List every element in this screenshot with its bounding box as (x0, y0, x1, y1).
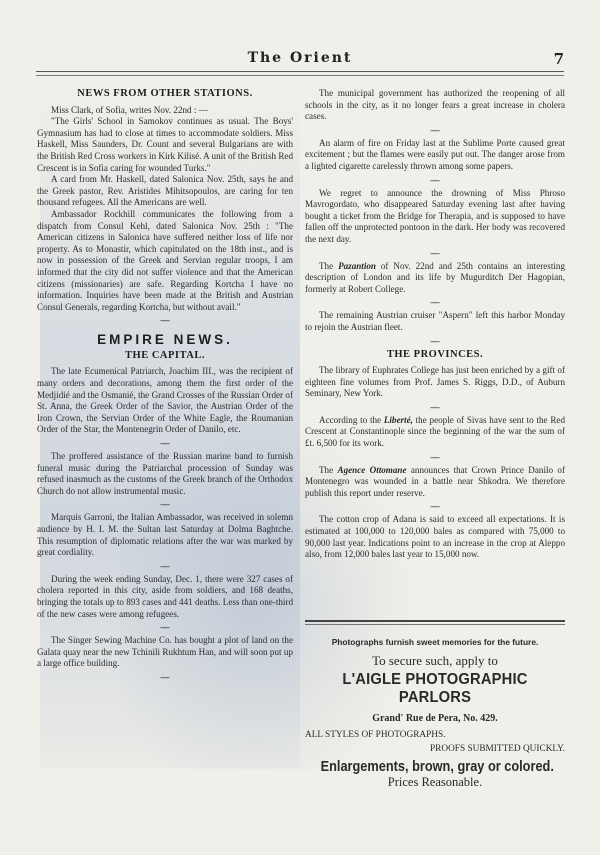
separator: — (305, 337, 565, 345)
separator: — (37, 562, 293, 570)
separator: — (37, 439, 293, 447)
advertisement: Photographs furnish sweet memories for t… (305, 627, 565, 790)
paragraph: An alarm of fire on Friday last at the S… (305, 138, 565, 173)
header-rule (36, 71, 564, 76)
paragraph: The proffered assistance of the Russian … (37, 451, 293, 497)
separator: — (37, 500, 293, 508)
separator: — (305, 403, 565, 411)
text: The (319, 465, 338, 475)
separator: — (305, 249, 565, 257)
paragraph: "The Girls' School in Samokov continues … (37, 116, 293, 174)
paragraph: We regret to announce the drowning of Mi… (305, 188, 565, 246)
paragraph: A card from Mr. Haskell, dated Salonica … (37, 174, 293, 209)
page-number: 7 (554, 50, 564, 68)
ad-tagline: Photographs furnish sweet memories for t… (305, 637, 565, 647)
section-title: NEWS FROM OTHER STATIONS. (37, 88, 293, 100)
text: According to the (319, 415, 384, 425)
publication-name: Pazantion (338, 261, 376, 271)
separator: — (305, 126, 565, 134)
page-header: The Orient 7 (36, 50, 564, 72)
paragraph: During the week ending Sunday, Dec. 1, t… (37, 574, 293, 620)
capital-title: THE CAPITAL. (37, 350, 293, 362)
paragraph: The library of Euphrates College has jus… (305, 365, 565, 400)
paragraph: According to the Liberté, the people of … (305, 415, 565, 450)
paragraph: The Agence Ottomane announces that Crown… (305, 465, 565, 500)
ad-secure: To secure such, apply to (305, 653, 565, 669)
ad-proofs: PROOFS SUBMITTED QUICKLY. (305, 744, 565, 754)
paragraph: Miss Clark, of Sofia, writes Nov. 22nd :… (37, 105, 293, 117)
separator: — (305, 453, 565, 461)
paragraph: The remaining Austrian cruiser "Aspern" … (305, 310, 565, 333)
provinces-title: THE PROVINCES. (305, 349, 565, 361)
paragraph: The late Ecumenical Patriarch, Joachim I… (37, 366, 293, 436)
newspaper-page: The Orient 7 NEWS FROM OTHER STATIONS. M… (0, 0, 600, 855)
paragraph: Marquis Garroni, the Italian Ambassador,… (37, 512, 293, 558)
running-title: The Orient (36, 50, 564, 66)
separator: — (37, 673, 293, 681)
paragraph: The cotton crop of Adana is said to exce… (305, 514, 565, 560)
ad-enlargements: Enlargements, brown, gray or colored. (321, 759, 550, 775)
separator: — (37, 316, 293, 324)
separator: — (305, 502, 565, 510)
ad-styles: ALL STYLES OF PHOTOGRAPHS. (305, 730, 565, 740)
separator: — (37, 623, 293, 631)
ad-prices: Prices Reasonable. (305, 775, 565, 790)
paragraph: The municipal government has authorized … (305, 88, 565, 123)
publication-name: Agence Ottomane (338, 465, 407, 475)
separator: — (305, 298, 565, 306)
paragraph: Ambassador Rockhill communicates the fol… (37, 209, 293, 313)
empire-news-title: EMPIRE NEWS. (37, 334, 293, 346)
publication-name: Liberté, (384, 415, 413, 425)
ad-studio-name: L'AIGLE PHOTOGRAPHIC PARLORS (315, 671, 554, 707)
advertisement-rule (305, 620, 565, 625)
ad-address: Grand' Rue de Pera, No. 429. (305, 713, 565, 724)
paragraph: The Pazantion of Nov. 22nd and 25th cont… (305, 261, 565, 296)
right-column: The municipal government has authorized … (305, 88, 565, 561)
text: The (319, 261, 338, 271)
left-column: NEWS FROM OTHER STATIONS. Miss Clark, of… (37, 88, 293, 685)
paragraph: The Singer Sewing Machine Co. has bought… (37, 635, 293, 670)
separator: — (305, 176, 565, 184)
